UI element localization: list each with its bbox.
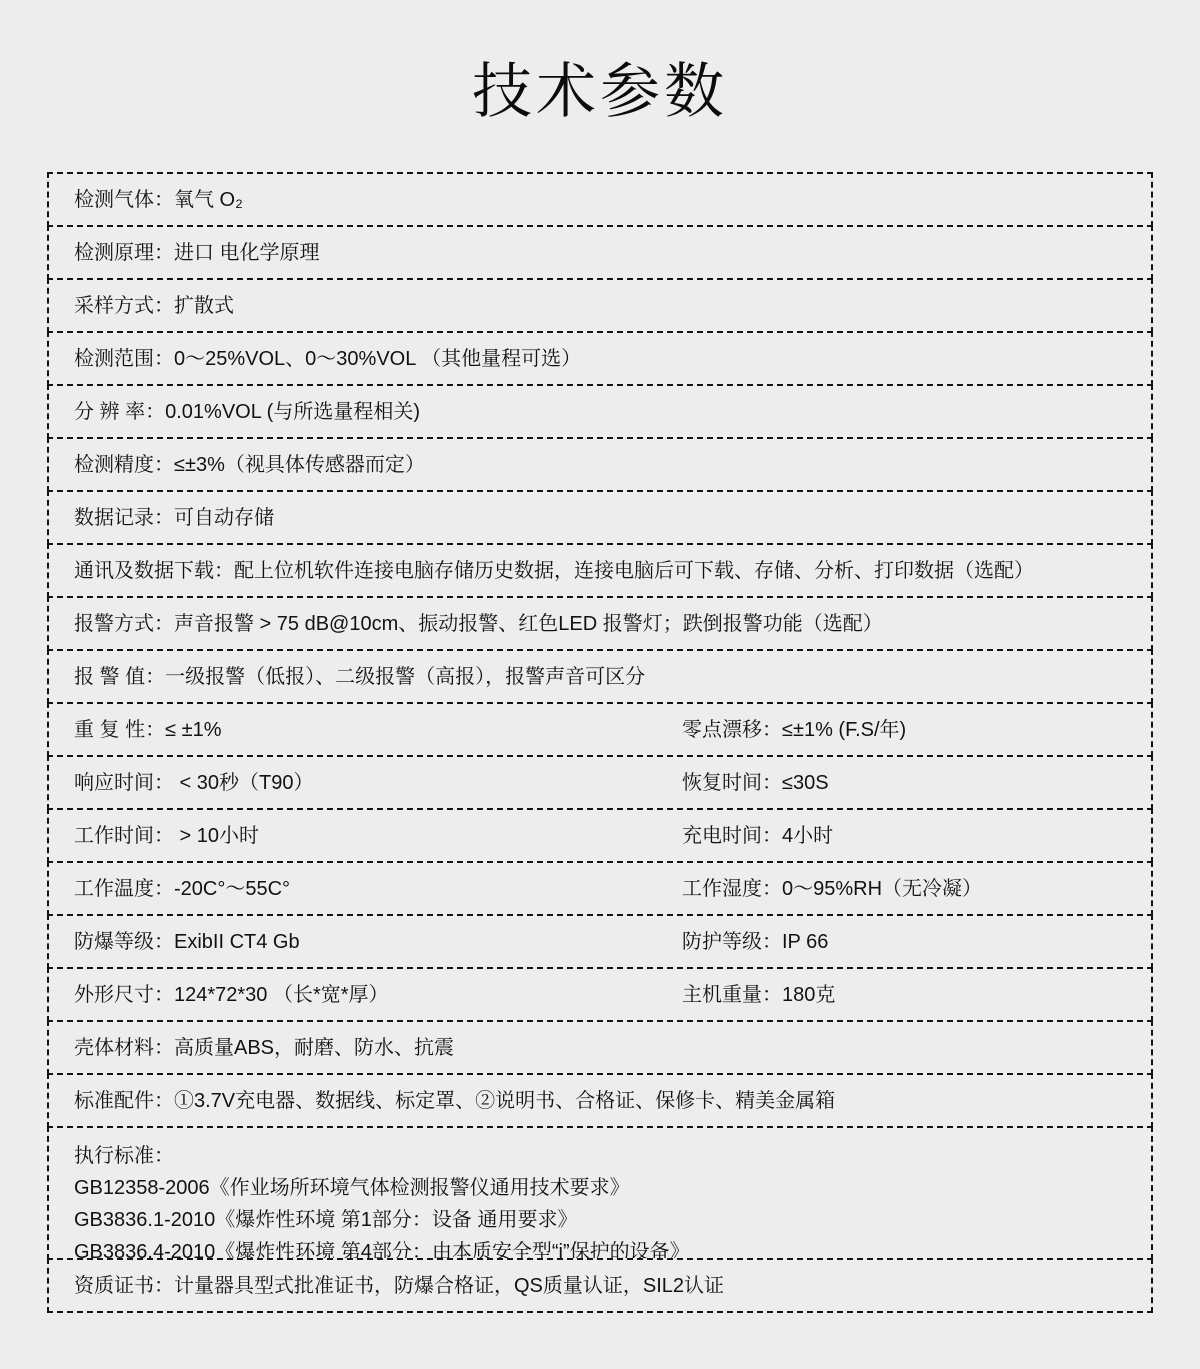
- spec-text: 通讯及数据下载：配上位机软件连接电脑存储历史数据，连接电脑后可下载、存储、分析、…: [74, 558, 1034, 584]
- spec-row-explosion-protection-rating: 防爆等级：ExibII CT4 Gb 防护等级：IP 66: [47, 914, 1153, 969]
- spec-text-right: 防护等级：IP 66: [682, 916, 828, 967]
- spec-text: 检测气体：氧气 O₂: [74, 187, 243, 213]
- spec-text: 报警方式：声音报警 > 75 dB@10cm、振动报警、红色LED 报警灯；跌倒…: [74, 611, 883, 637]
- spec-text-left: 响应时间： < 30秒（T90）: [74, 770, 314, 796]
- spec-row-detection-range: 检测范围：0～25%VOL、0～30%VOL （其他量程可选）: [47, 331, 1153, 386]
- spec-row-alarm-mode: 报警方式：声音报警 > 75 dB@10cm、振动报警、红色LED 报警灯；跌倒…: [47, 596, 1153, 651]
- spec-text: 检测原理：进口 电化学原理: [74, 240, 320, 266]
- spec-text-left: 工作温度：-20C°～55C°: [74, 876, 290, 902]
- spec-standard-gb12358: GB12358-2006《作业场所环境气体检测报警仪通用技术要求》: [74, 1172, 1133, 1204]
- spec-row-response-recovery-time: 响应时间： < 30秒（T90） 恢复时间：≤30S: [47, 755, 1153, 810]
- spec-text: 报 警 值：一级报警（低报）、二级报警（高报），报警声音可区分: [74, 664, 645, 690]
- spec-row-resolution: 分 辨 率：0.01%VOL (与所选量程相关): [47, 384, 1153, 439]
- spec-standard-gb3836-1: GB3836.1-2010《爆炸性环境 第1部分：设备 通用要求》: [74, 1204, 1133, 1236]
- spec-row-standards: 执行标准： GB12358-2006《作业场所环境气体检测报警仪通用技术要求》 …: [47, 1126, 1153, 1260]
- spec-text: 数据记录：可自动存储: [74, 505, 274, 531]
- spec-row-repeatability-zero-drift: 重 复 性：≤ ±1% 零点漂移：≤±1% (F.S/年): [47, 702, 1153, 757]
- spec-row-detected-gas: 检测气体：氧气 O₂: [47, 172, 1153, 227]
- spec-row-alarm-levels: 报 警 值：一级报警（低报）、二级报警（高报），报警声音可区分: [47, 649, 1153, 704]
- spec-row-data-logging: 数据记录：可自动存储: [47, 490, 1153, 545]
- spec-text: 标准配件：①3.7V充电器、数据线、标定罩、②说明书、合格证、保修卡、精美金属箱: [74, 1088, 835, 1114]
- spec-row-accuracy: 检测精度：≤±3%（视具体传感器而定）: [47, 437, 1153, 492]
- spec-text-right: 充电时间：4小时: [682, 810, 833, 861]
- spec-row-sampling-method: 采样方式：扩散式: [47, 278, 1153, 333]
- spec-text-left: 防爆等级：ExibII CT4 Gb: [74, 929, 300, 955]
- spec-text: 壳体材料：高质量ABS，耐磨、防水、抗震: [74, 1035, 454, 1061]
- spec-row-certificates: 资质证书：计量器具型式批准证书，防爆合格证，QS质量认证，SIL2认证: [47, 1258, 1153, 1313]
- spec-text-left: 外形尺寸：124*72*30 （长*宽*厚）: [74, 982, 389, 1008]
- spec-row-standard-accessories: 标准配件：①3.7V充电器、数据线、标定罩、②说明书、合格证、保修卡、精美金属箱: [47, 1073, 1153, 1128]
- spec-text-left: 重 复 性：≤ ±1%: [74, 717, 222, 743]
- spec-text-right: 工作湿度：0～95%RH（无冷凝）: [682, 863, 982, 914]
- spec-text: 资质证书：计量器具型式批准证书，防爆合格证，QS质量认证，SIL2认证: [74, 1273, 724, 1299]
- spec-row-working-charging-time: 工作时间： > 10小时 充电时间：4小时: [47, 808, 1153, 863]
- spec-text: 检测范围：0～25%VOL、0～30%VOL （其他量程可选）: [74, 346, 581, 372]
- spec-text-right: 主机重量：180克: [682, 969, 835, 1020]
- spec-text: 分 辨 率：0.01%VOL (与所选量程相关): [74, 399, 420, 425]
- spec-row-dimensions-weight: 外形尺寸：124*72*30 （长*宽*厚） 主机重量：180克: [47, 967, 1153, 1022]
- spec-row-housing-material: 壳体材料：高质量ABS，耐磨、防水、抗震: [47, 1020, 1153, 1075]
- spec-row-communication-download: 通讯及数据下载：配上位机软件连接电脑存储历史数据，连接电脑后可下载、存储、分析、…: [47, 543, 1153, 598]
- spec-text-left: 工作时间： > 10小时: [74, 823, 259, 849]
- page-title: 技术参数: [0, 0, 1200, 135]
- spec-table: 检测气体：氧气 O₂ 检测原理：进口 电化学原理 采样方式：扩散式 检测范围：0…: [47, 172, 1153, 1313]
- spec-text: 检测精度：≤±3%（视具体传感器而定）: [74, 452, 425, 478]
- spec-row-temperature-humidity: 工作温度：-20C°～55C° 工作湿度：0～95%RH（无冷凝）: [47, 861, 1153, 916]
- spec-standards-heading: 执行标准：: [74, 1140, 1133, 1172]
- spec-text-right: 恢复时间：≤30S: [682, 757, 829, 808]
- spec-row-detection-principle: 检测原理：进口 电化学原理: [47, 225, 1153, 280]
- spec-text: 采样方式：扩散式: [74, 293, 234, 319]
- spec-sheet-page: 技术参数 检测气体：氧气 O₂ 检测原理：进口 电化学原理 采样方式：扩散式 检…: [0, 0, 1200, 1369]
- spec-text-right: 零点漂移：≤±1% (F.S/年): [682, 704, 906, 755]
